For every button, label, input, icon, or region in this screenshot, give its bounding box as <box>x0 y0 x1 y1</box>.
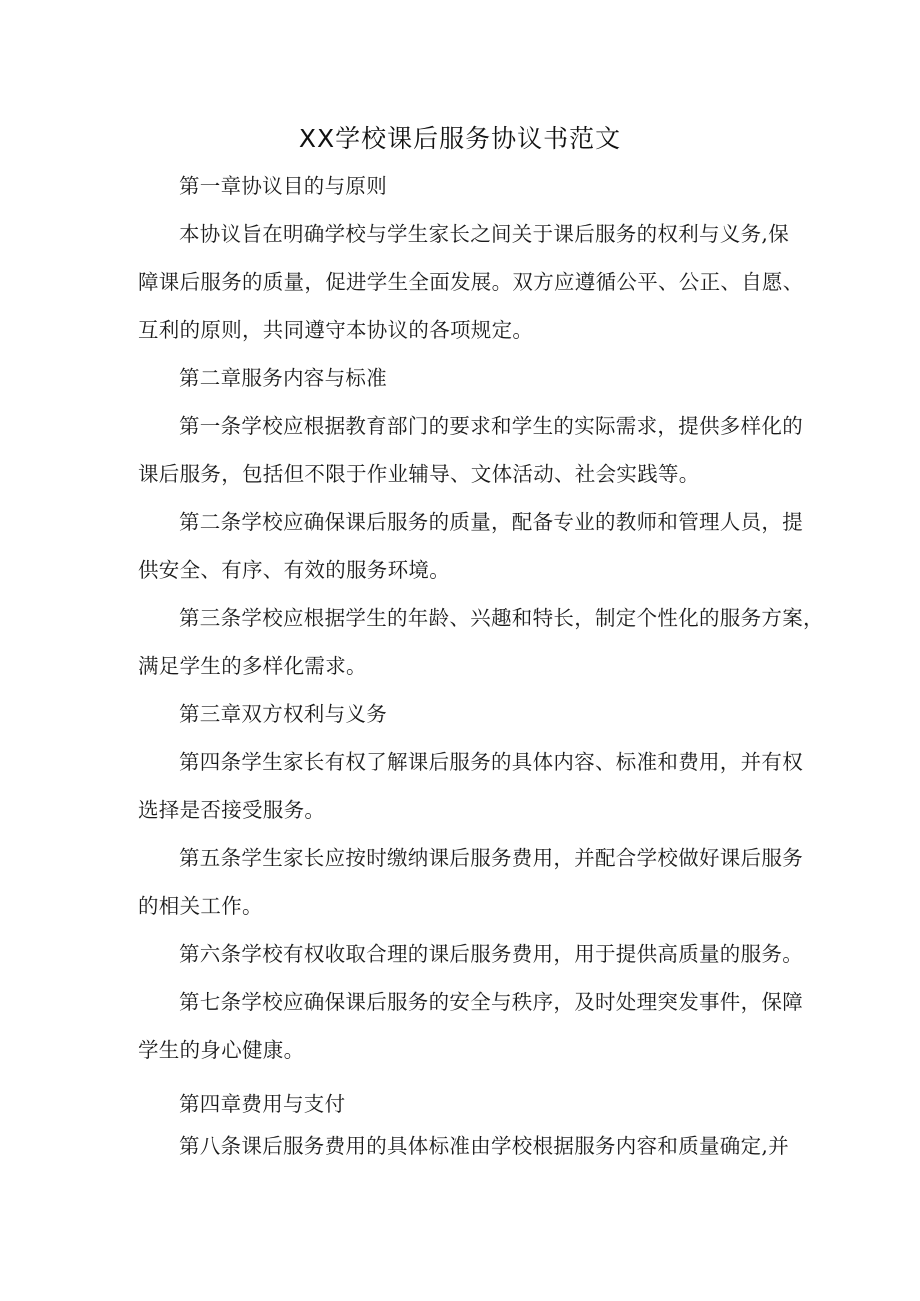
paragraph-line: 障课后服务的质量，促进学生全面发展。双方应遵循公平、公正、自愿、 <box>138 269 798 295</box>
paragraph-line: 选择是否接受服务。 <box>138 797 798 823</box>
paragraph-line: 第二条学校应确保课后服务的质量，配备专业的教师和管理人员，提 <box>179 509 839 535</box>
document-page: XX学校课后服务协议书范文 第一章协议目的与原则 本协议旨在明确学校与学生家长之… <box>0 0 920 1301</box>
paragraph-line: 第三条学校应根据学生的年龄、兴趣和特长，制定个性化的服务方案， <box>179 605 839 631</box>
paragraph-line: 第六条学校有权收取合理的课后服务费用，用于提供高质量的服务。 <box>179 941 839 967</box>
paragraph-line: 第七条学校应确保课后服务的安全与秩序，及时处理突发事件，保障 <box>179 989 839 1015</box>
paragraph-line: 第五条学生家长应按时缴纳课后服务费用，并配合学校做好课后服务 <box>179 845 839 871</box>
document-title: XX学校课后服务协议书范文 <box>0 124 920 154</box>
chapter-2-heading: 第二章服务内容与标准 <box>179 365 839 391</box>
paragraph-line: 学生的身心健康。 <box>138 1037 798 1063</box>
paragraph-line: 供安全、有序、有效的服务环境。 <box>138 557 798 583</box>
paragraph-line: 本协议旨在明确学校与学生家长之间关于课后服务的权利与义务,保 <box>179 221 839 247</box>
paragraph-line: 第四条学生家长有权了解课后服务的具体内容、标准和费用，并有权 <box>179 749 839 775</box>
paragraph-line: 课后服务，包括但不限于作业辅导、文体活动、社会实践等。 <box>138 461 798 487</box>
paragraph-line: 第一条学校应根据教育部门的要求和学生的实际需求，提供多样化的 <box>179 413 839 439</box>
chapter-1-heading: 第一章协议目的与原则 <box>179 173 839 199</box>
chapter-4-heading: 第四章费用与支付 <box>179 1091 839 1117</box>
paragraph-line: 的相关工作。 <box>138 893 798 919</box>
paragraph-line: 第八条课后服务费用的具体标准由学校根据服务内容和质量确定,并 <box>179 1133 839 1159</box>
paragraph-line: 互利的原则，共同遵守本协议的各项规定。 <box>138 317 798 343</box>
chapter-3-heading: 第三章双方权利与义务 <box>179 701 839 727</box>
paragraph-line: 满足学生的多样化需求。 <box>138 653 798 679</box>
